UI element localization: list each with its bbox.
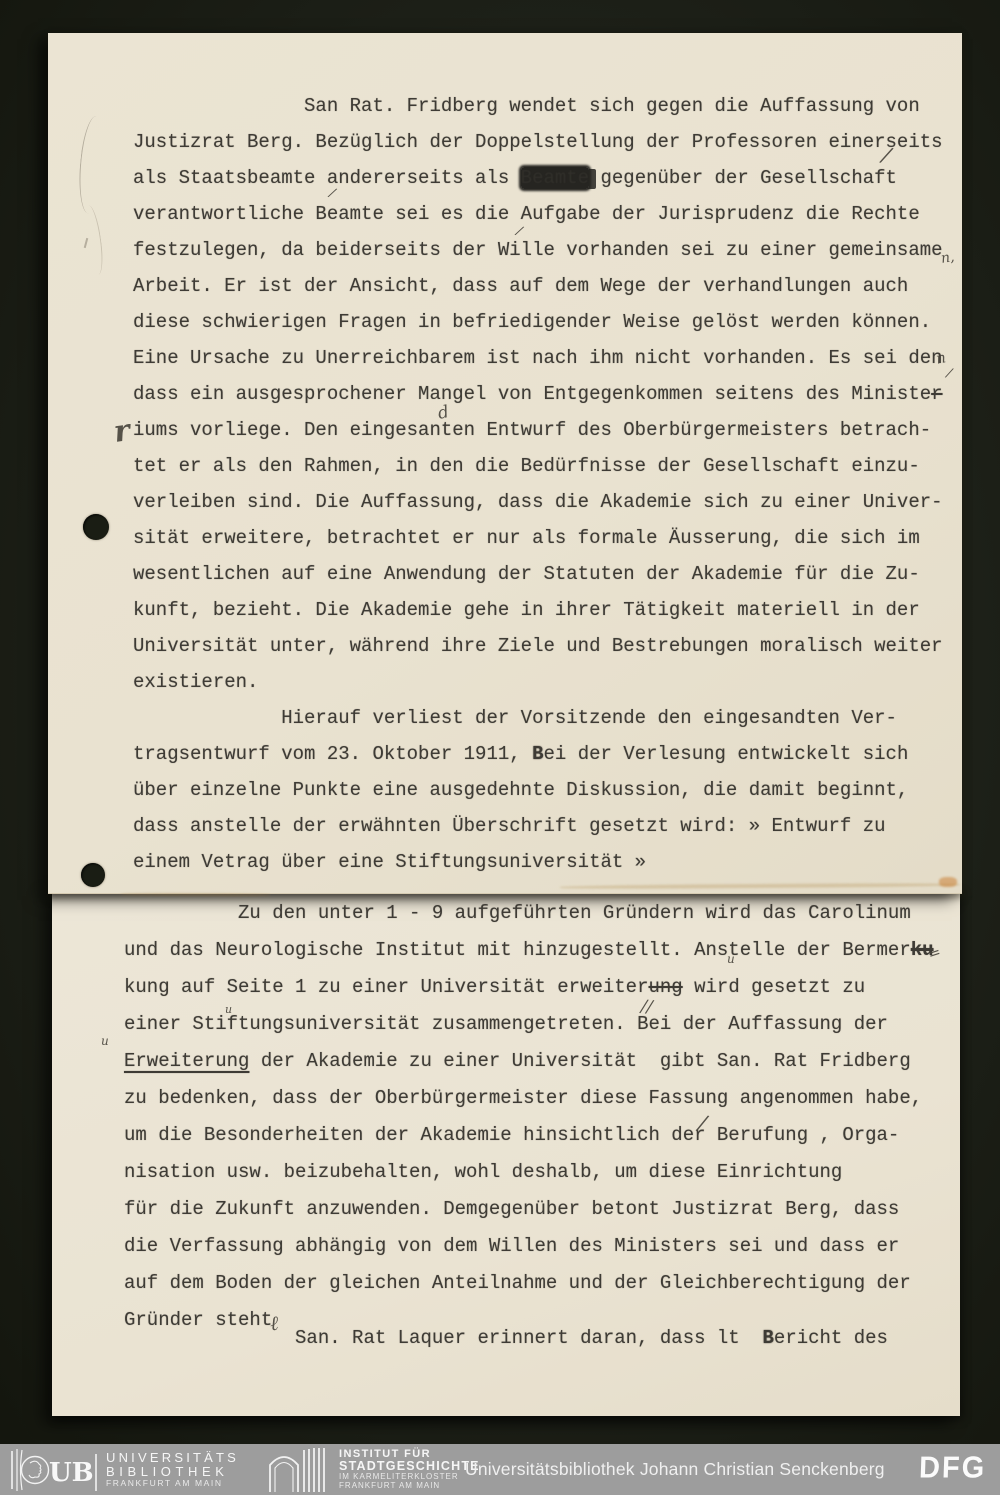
- typewritten-line: einer Stiftungsuniversität zusammengetre…: [124, 1013, 934, 1050]
- institute-logo: INSTITUT FÜR STADTGESCHICHTE IM KARMELIT…: [267, 1444, 480, 1495]
- typewritten-line: verleiben sind. Die Auffassung, dass die…: [133, 491, 943, 527]
- typewritten-line: San Rat. Fridberg wendet sich gegen die …: [133, 95, 943, 131]
- typewritten-line: Eine Ursache zu Unerreichbarem ist nach …: [133, 347, 943, 383]
- typewritten-line: zu bedenken, dass der Oberbürgermeister …: [124, 1087, 934, 1124]
- typewritten-line: und das Neurologische Institut mit hinzu…: [124, 939, 934, 976]
- typewritten-text-page-2: Zu den unter 1 - 9 aufgeführten Gründern…: [124, 902, 934, 1364]
- ub-wordmark: UNIVERSITÄTS BIBLIOTHEK FRANKFURT AM MAI…: [106, 1451, 239, 1487]
- scanned-document-view: San Rat. Fridberg wendet sich gegen die …: [0, 0, 1000, 1495]
- typewritten-line: Arbeit. Er ist der Ansicht, dass auf dem…: [133, 275, 943, 311]
- typewritten-line: die Verfassung abhängig von dem Willen d…: [124, 1235, 934, 1272]
- typewritten-line: diese schwierigen Fragen in befriedigend…: [133, 311, 943, 347]
- typewritten-line: nisation usw. beizubehalten, wohl deshal…: [124, 1161, 934, 1198]
- institute-line4: FRANKFURT AM MAIN: [339, 1482, 480, 1490]
- typewritten-line: kunft, bezieht. Die Akademie gehe in ihr…: [133, 599, 943, 635]
- ub-logo: UB UNIVERSITÄTS BIBLIOTHEK FRANKFURT AM …: [8, 1444, 239, 1495]
- typewritten-line: dass anstelle der erwähnten Überschrift …: [133, 815, 943, 851]
- typewritten-line: dass ein ausgesprochener Mangel von Entg…: [133, 383, 943, 419]
- goethe-portrait-icon: [22, 1456, 49, 1483]
- ub-line1: UNIVERSITÄTS: [106, 1451, 239, 1465]
- typewritten-line: für die Zukunft anzuwenden. Demgegenüber…: [124, 1198, 934, 1235]
- typewritten-line: Justizrat Berg. Bezüglich der Doppelstel…: [133, 131, 943, 167]
- typewritten-line: tet er als den Rahmen, in den die Bedürf…: [133, 455, 943, 491]
- ub-line3: FRANKFURT AM MAIN: [106, 1479, 239, 1488]
- typewritten-line: wesentlichen auf eine Anwendung der Stat…: [133, 563, 943, 599]
- typewritten-line: iums vorliege. Den eingesanten Entwurf d…: [133, 419, 943, 455]
- dfg-logo: DFG: [918, 1451, 986, 1486]
- typewritten-line: um die Besonderheiten der Akademie hinsi…: [124, 1124, 934, 1161]
- typewritten-line: auf dem Boden der gleichen Anteilnahme u…: [124, 1272, 934, 1309]
- typewritten-line: über einzelne Punkte eine ausgedehnte Di…: [133, 779, 943, 815]
- typewritten-line: Hierauf verliest der Vorsitzende den ein…: [133, 707, 943, 743]
- typewritten-line: tragsentwurf vom 23. Oktober 1911, Bei d…: [133, 743, 943, 779]
- typewritten-line: verantwortliche Beamte sei es die Aufgab…: [133, 203, 943, 239]
- karmeliterkloster-arch-icon: [267, 1447, 331, 1493]
- institute-wordmark: INSTITUT FÜR STADTGESCHICHTE IM KARMELIT…: [339, 1449, 480, 1490]
- typewritten-line: existieren.: [133, 671, 943, 707]
- ub-line2: BIBLIOTHEK: [106, 1465, 239, 1479]
- library-credit-text: Universitätsbibliothek Johann Christian …: [465, 1444, 885, 1495]
- typewritten-line: festzulegen, da beiderseits der Wille vo…: [133, 239, 943, 275]
- typewritten-line: Zu den unter 1 - 9 aufgeführten Gründern…: [124, 902, 934, 939]
- footer-bar: UB UNIVERSITÄTS BIBLIOTHEK FRANKFURT AM …: [0, 1444, 1000, 1495]
- ub-library-icon: UB: [8, 1447, 100, 1493]
- ub-abbr-text: UB: [49, 1458, 94, 1488]
- typewritten-line: einem Vetrag über eine Stiftungsuniversi…: [133, 851, 943, 887]
- typewritten-line: Erweiterung der Akademie zu einer Univer…: [124, 1050, 934, 1087]
- typewritten-line: Universität unter, während ihre Ziele un…: [133, 635, 943, 671]
- typewritten-line: sität erweitere, betrachtet er nur als f…: [133, 527, 943, 563]
- typewritten-line: kung auf Seite 1 zu einer Universität er…: [124, 976, 934, 1013]
- typewritten-line: als Staatsbeamte andererseits als Beamte…: [133, 167, 943, 203]
- typewritten-line: San. Rat Laquer erinnert daran, dass lt …: [124, 1327, 934, 1364]
- typewritten-text-page-1: San Rat. Fridberg wendet sich gegen die …: [133, 95, 943, 887]
